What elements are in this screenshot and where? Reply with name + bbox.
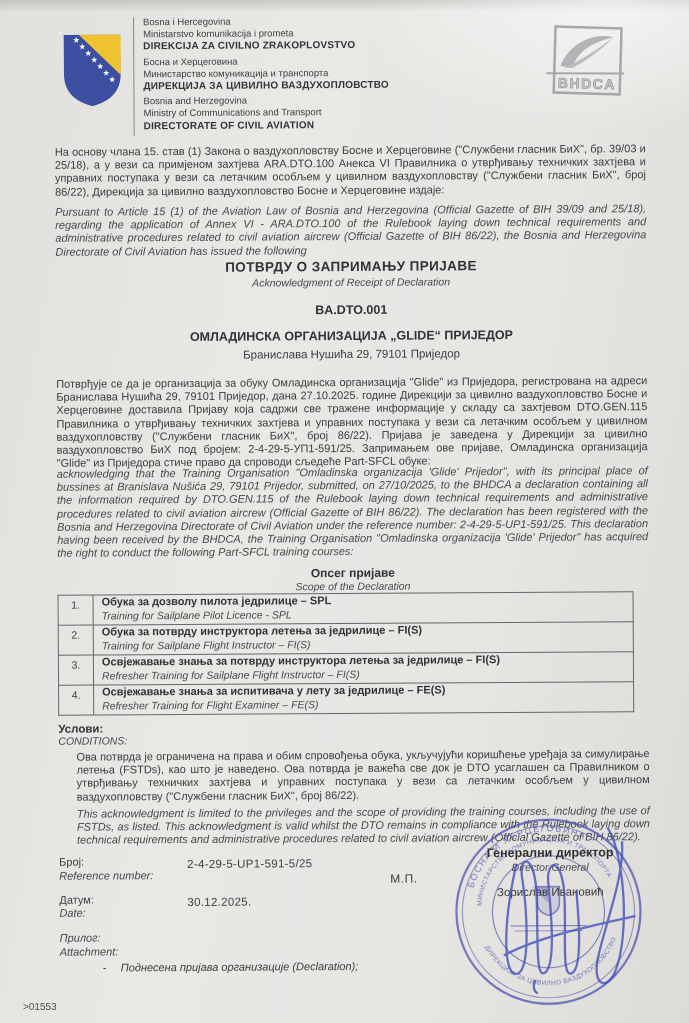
reference-label-sr: Број: [59, 857, 84, 869]
signature-ink [438, 794, 659, 1015]
bih-coat-of-arms-icon [59, 31, 125, 108]
organisation-address: Бранислава Нушића 29, 79101 Приједор [56, 347, 647, 363]
legal-basis-sr: На основу члана 15. став (1) Закона о ва… [55, 143, 646, 199]
date-label-sr: Датум: [59, 895, 94, 907]
course-title-en: Training for Sailplane Pilot Licence - S… [102, 607, 625, 623]
attachment-label-sr: Прилог: [60, 932, 101, 944]
course-title-en: Refresher Training for Flight Examiner –… [102, 697, 625, 713]
body-paragraph-en: acknowledging that the Training Organisa… [57, 465, 649, 561]
reference-label-en: Reference number: [59, 870, 153, 883]
organisation-name: ОМЛАДИНСКА ОРГАНИЗАЦИЈА „GLIDE“ ПРИЈЕДОР [56, 327, 647, 345]
document-content: Bosna i Hercegovina Ministarstvo komunik… [0, 0, 689, 1023]
course-title-en: Training for Sailplane Flight Instructor… [102, 637, 625, 653]
document-code: BA.DTO.001 [56, 301, 647, 319]
row-number: 1. [58, 595, 93, 625]
letterhead-line: ДИРЕКЦИЈА ЗА ЦИВИЛНО ВАЗДУХОПЛОВСТВО [143, 80, 389, 94]
date-label-en: Date: [59, 908, 85, 920]
attachment-dash: - [103, 962, 107, 974]
table-row: 3. Освјежавање знања за потврду инструкт… [58, 652, 633, 686]
document-page: Bosna i Hercegovina Ministarstvo komunik… [0, 0, 689, 1023]
table-row: 1. Обука за дозволу пилота једрилице – S… [58, 592, 633, 626]
svg-text:BHDCA: BHDCA [558, 75, 616, 93]
scope-table: 1. Обука за дозволу пилота једрилице – S… [58, 591, 635, 716]
legal-basis-en: Pursuant to Article 15 (1) of the Aviati… [55, 203, 646, 259]
row-number: 3. [58, 655, 93, 685]
row-number: 2. [58, 625, 93, 655]
scan-code: >01553 [23, 1002, 57, 1013]
letterhead: Bosna i Hercegovina Ministarstvo komunik… [59, 16, 389, 137]
letterhead-text: Bosna i Hercegovina Ministarstvo komunik… [133, 16, 389, 136]
letterhead-line: DIREKCIJA ZA CIVILNO ZRAKOPLOVSTVO [143, 40, 389, 54]
table-row: 4. Освјежавање знања за испитивача у лет… [59, 682, 634, 716]
document-title-sr: ПОТВРДУ О ЗАПРИМАЊУ ПРИЈАВЕ [55, 257, 646, 276]
body-paragraph-sr: Потврђује се да је организација за обуку… [56, 375, 648, 471]
row-number: 4. [59, 685, 94, 715]
attachment-label-en: Attachment: [60, 946, 119, 958]
reference-number-value: 2-4-29-5-UP1-591-5/25 [187, 858, 312, 871]
title-block: ПОТВРДУ О ЗАПРИМАЊУ ПРИЈАВЕ Acknowledgme… [55, 257, 647, 363]
course-title-en: Refresher Training for Sailplane Flight … [102, 667, 625, 683]
document-title-en: Acknowledgment of Receipt of Declaration [56, 275, 647, 291]
conditions-label-en: CONDITIONS: [58, 732, 649, 748]
stamp-place-mark: М.П. [390, 872, 417, 886]
date-value: 30.12.2025. [187, 897, 251, 909]
scope-heading: Опсег пријаве Scope of the Declaration [57, 564, 648, 595]
attachment-item: Поднесена пријава организације (Declarat… [121, 961, 359, 974]
table-row: 2. Обука за потврду инструктора летења з… [58, 622, 633, 656]
letterhead-line: DIRECTORATE OF CIVIL AVIATION [144, 119, 390, 133]
bhdca-logo-icon: BHDCA [545, 21, 632, 119]
